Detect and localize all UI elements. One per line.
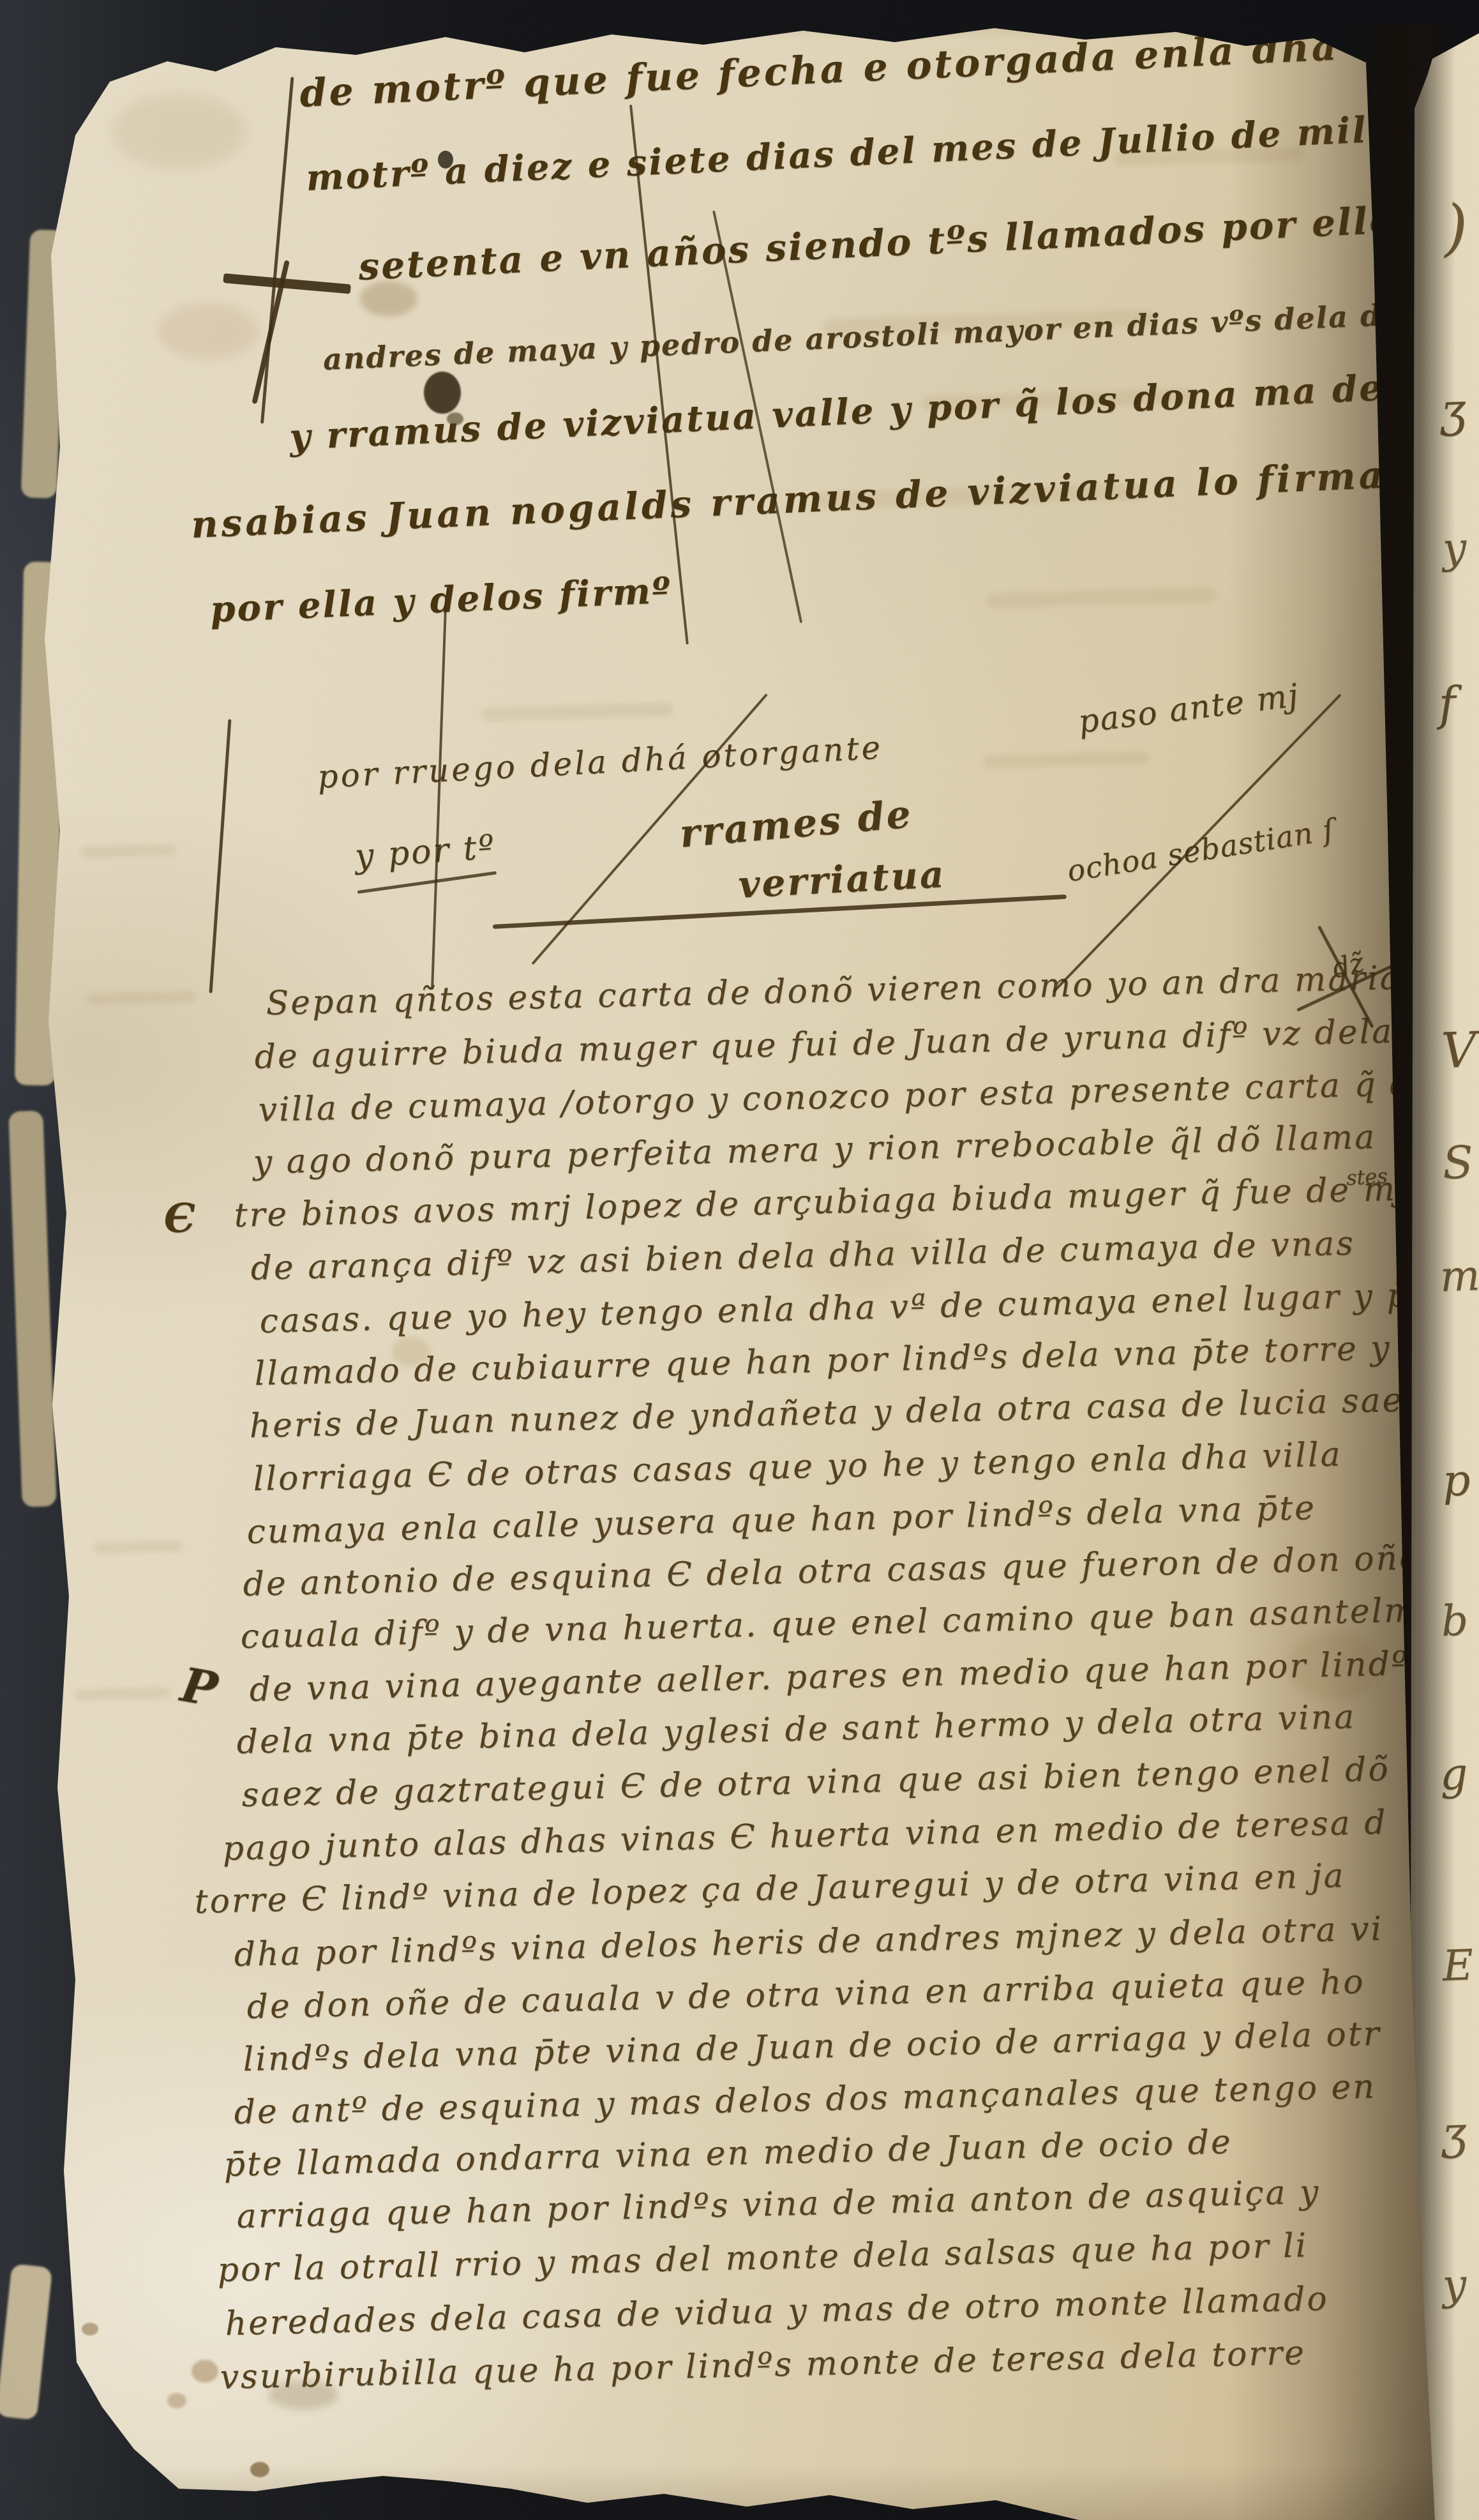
pen-flourish [260, 77, 294, 423]
body-line: pago junto alas dhas vinas Є huerta vina… [222, 1804, 1388, 1868]
body-line: llamado de cubiaurre que han por lindºs … [254, 1329, 1392, 1393]
paragraph-mark: Є [163, 1195, 196, 1242]
ink-bleedthrough-mark [986, 587, 1217, 608]
paper-stain [167, 2393, 186, 2408]
heading-line: motrº a diez e siete dias del mes de Jul… [305, 101, 1479, 199]
body-line: Sepan qñtos esta carta de donõ vieren co… [266, 959, 1402, 1023]
heading-line: por ella y delos firmº [209, 570, 673, 631]
paper-stain [112, 93, 246, 170]
heading-line: de motrº que fue fecha e otorgada enla d… [299, 15, 1479, 116]
paragraph-mark: P [177, 1657, 221, 1717]
body-line: dela vna p̄te bina dela yglesi de sant h… [236, 1698, 1356, 1762]
body-line: dha por lindºs vina delos heris de andre… [234, 1910, 1384, 1974]
body-line: saez de gaztrategui Є de otra vina que a… [241, 1750, 1390, 1815]
manuscript-photo: )ʒyfVSmpbgEʒy de motrº que fue fecha e o… [0, 0, 1479, 2520]
pen-flourish [629, 105, 689, 645]
body-line: vsurbirubilla que ha por lindºs monte de… [220, 2334, 1306, 2397]
paper-stain [424, 372, 461, 414]
ink-bleedthrough-mark [87, 991, 195, 1006]
ink-bleedthrough-mark [482, 702, 673, 721]
body-line: de aguirre biuda muger que fui de Juan d… [254, 1013, 1394, 1076]
ink-bleedthrough-mark [93, 1540, 183, 1554]
body-line: heris de Juan nunez de yndañeta y dela o… [249, 1380, 1459, 1445]
body-line: de antonio de esquina Є dela otra casas … [243, 1539, 1421, 1604]
manuscript-page: de motrº que fue fecha e otorgada enla d… [0, 0, 1479, 2520]
signature: verriatua [737, 852, 947, 907]
attestation-line: por rruego dela dhá otorgante [317, 729, 883, 796]
pen-flourish [209, 719, 232, 993]
body-line: y ago donõ pura perfeita mera y rion rre… [253, 1118, 1377, 1182]
heading-line: andres de maya y pedro de arostoli mayor… [322, 292, 1479, 377]
pen-flourish [223, 273, 351, 294]
notary-signature: ochoa sebastian ſ [1065, 812, 1337, 889]
body-line: de antº de esquina y mas delos dos mança… [234, 2067, 1376, 2132]
notary-note: paso ante mj [1076, 677, 1301, 741]
body-line: cumaya enla calle yusera que han por lin… [246, 1489, 1316, 1551]
under-sheet-edge [8, 1110, 57, 1507]
pen-flourish [431, 607, 447, 990]
pen-flourish [357, 871, 497, 894]
paper-stain [191, 2360, 218, 2383]
ink-bleedthrough-mark [80, 844, 176, 858]
ink-bleedthrough-mark [74, 1687, 170, 1701]
body-line: p̄te llamada ondarra vina en medio de Ju… [223, 2123, 1233, 2184]
body-line: torre Є lindº vina de lopez ça de Jaureg… [194, 1857, 1346, 1921]
paper-stain [157, 303, 259, 360]
ink-bleedthrough-mark [983, 751, 1149, 768]
body-line: villa de cumaya /otorgo y conozco por es… [258, 1065, 1413, 1129]
attestation-line: y por tº [354, 828, 497, 876]
paper-stain [82, 2323, 98, 2335]
heading-line: y rramus de vizviatua valle y por q̃ los… [289, 365, 1422, 458]
under-sheet-edge [0, 2263, 52, 2420]
paper-stain [250, 2462, 269, 2477]
body-line: llorriaga Є de otras casas que yo he y t… [253, 1435, 1342, 1498]
heading-line: setenta e vn años siendo tºs llamados po… [357, 197, 1420, 289]
body-line: lindºs dela vna p̄te vina de Juan de oci… [243, 2015, 1381, 2079]
signature: rrames de [678, 792, 914, 857]
body-line: arriaga que han por lindºs vina de mia a… [236, 2173, 1321, 2236]
body-line: cauala difº y de vna huerta. que enel ca… [240, 1590, 1439, 1656]
heading-line: nsabias Juan nogalds rramus de vizviatua… [190, 449, 1468, 547]
body-line: de vna vina ayegante aeller. pares en me… [249, 1644, 1429, 1709]
body-line: de don oñe de cauala v de otra vina en a… [246, 1963, 1365, 2026]
